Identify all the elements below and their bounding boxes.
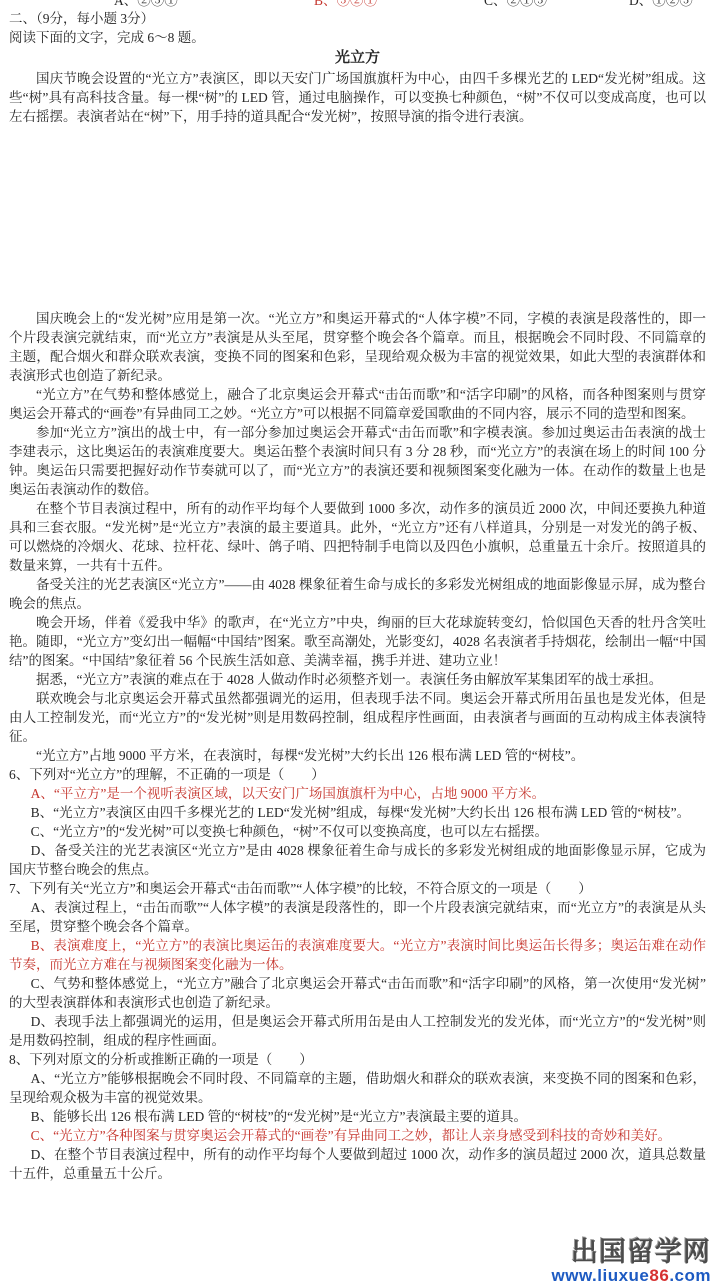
question-6-option-a: A、“平立方”是一个视听表演区域，以天安门广场国旗旗杆为中心，占地 9000 平… (9, 784, 706, 803)
watermark-url-suffix: .com (669, 1266, 711, 1285)
choice-c: C、②①③ (484, 0, 547, 9)
passage-paragraph-9: 联欢晚会与北京奥运会开幕式虽然都强调光的运用，但表现手法不同。奥运会开幕式所用缶… (9, 689, 706, 746)
site-watermark: 出国留学网 www.liuxue86.com (552, 1238, 712, 1286)
choice-a: A、②③① (114, 0, 178, 9)
question-8-stem: 8、下列对原文的分析或推断正确的一项是（ ） (9, 1050, 706, 1069)
question-6-option-b: B、“光立方”表演区由四千多棵光艺的 LED“发光树”组成，每棵“发光树”大约长… (9, 803, 706, 822)
question-7-option-b: B、表演难度上，“光立方”的表演比奥运缶的表演难度要大。“光立方”表演时间比奥运… (9, 936, 706, 974)
question-6-stem: 6、下列对“光立方”的理解，不正确的一项是（ ） (9, 765, 706, 784)
watermark-site-name: 出国留学网 (552, 1238, 712, 1268)
question-8-option-b: B、能够长出 126 根布满 LED 管的“树枝”的“发光树”是“光立方”表演最… (9, 1107, 706, 1126)
question-8-option-a: A、“光立方”能够根据晚会不同时段、不同篇章的主题，借助烟火和群众的联欢表演，来… (9, 1069, 706, 1107)
question-7-stem: 7、下列有关“光立方”和奥运会开幕式“击缶而歌”“人体字模”的比较，不符合原文的… (9, 879, 706, 898)
watermark-site-url: www.liuxue86.com (552, 1267, 712, 1286)
exam-document-page: A、②③① B、③②① C、②①③ D、①②③ 二、（9分，每小题 3分） 阅读… (0, 0, 715, 1288)
choice-b-marked: B、③②① (314, 0, 377, 9)
passage-paragraph-4: 参加“光立方”演出的战士中，有一部分参加过奥运会开幕式“击缶而歌”和字模表演。参… (9, 423, 706, 499)
passage-paragraph-5: 在整个节目表演过程中，所有的动作平均每个人要做到 1000 多次，动作多的演员近… (9, 499, 706, 575)
question-6-option-d: D、备受关注的光艺表演区“光立方”是由 4028 棵象征着生命与成长的多彩发光树… (9, 841, 706, 879)
passage-paragraph-1: 国庆节晚会设置的“光立方”表演区，即以天安门广场国旗旗杆为中心，由四千多棵光艺的… (9, 69, 706, 126)
question-7-option-d: D、表现手法上都强调光的运用，但是奥运会开幕式所用缶是由人工控制发光的发光体，而… (9, 1012, 706, 1050)
missing-image-placeholder (9, 126, 706, 309)
passage-paragraph-7: 晚会开场，伴着《爱我中华》的歌声，在“光立方”中央，绚丽的巨大花球旋转变幻，恰似… (9, 613, 706, 670)
watermark-url-prefix: www.liuxue (552, 1266, 650, 1285)
document-content: A、②③① B、③②① C、②①③ D、①②③ 二、（9分，每小题 3分） 阅读… (0, 0, 715, 1183)
reading-instruction: 阅读下面的文字，完成 6～8 题。 (9, 28, 706, 47)
question-7-option-c: C、气势和整体感觉上，“光立方”融合了北京奥运会开幕式“击缶而歌”和“活字印刷”… (9, 974, 706, 1012)
passage-title: 光立方 (9, 47, 706, 69)
question-8-option-c: C、“光立方”各种图案与贯穿奥运会开幕式的“画卷”有异曲同工之妙，都让人亲身感受… (9, 1126, 706, 1145)
question-8-option-d: D、在整个节目表演过程中，所有的动作平均每个人要做到超过 1000 次，动作多的… (9, 1145, 706, 1183)
choice-d: D、①②③ (629, 0, 693, 9)
watermark-url-number: 86 (649, 1266, 669, 1285)
passage-paragraph-2: 国庆晚会上的“发光树”应用是第一次。“光立方”和奥运开幕式的“人体字模”不同，字… (9, 309, 706, 385)
section-header: 二、（9分，每小题 3分） (9, 9, 706, 28)
question-7-option-a: A、表演过程上，“击缶而歌”“人体字模”的表演是段落性的，即一个片段表演完就结束… (9, 898, 706, 936)
passage-paragraph-10: “光立方”占地 9000 平方米，在表演时，每棵“发光树”大约长出 126 根布… (9, 746, 706, 765)
passage-paragraph-6: 备受关注的光艺表演区“光立方”——由 4028 棵象征着生命与成长的多彩发光树组… (9, 575, 706, 613)
answer-choices-row-clipped: A、②③① B、③②① C、②①③ D、①②③ (9, 0, 706, 9)
passage-paragraph-3: “光立方”在气势和整体感觉上，融合了北京奥运会开幕式“击缶而歌”和“活字印刷”的… (9, 385, 706, 423)
passage-paragraph-8: 据悉，“光立方”表演的难点在于 4028 人做动作时必须整齐划一。表演任务由解放… (9, 670, 706, 689)
question-6-option-c: C、“光立方”的“发光树”可以变换七种颜色，“树”不仅可以变换高度，也可以左右摇… (9, 822, 706, 841)
